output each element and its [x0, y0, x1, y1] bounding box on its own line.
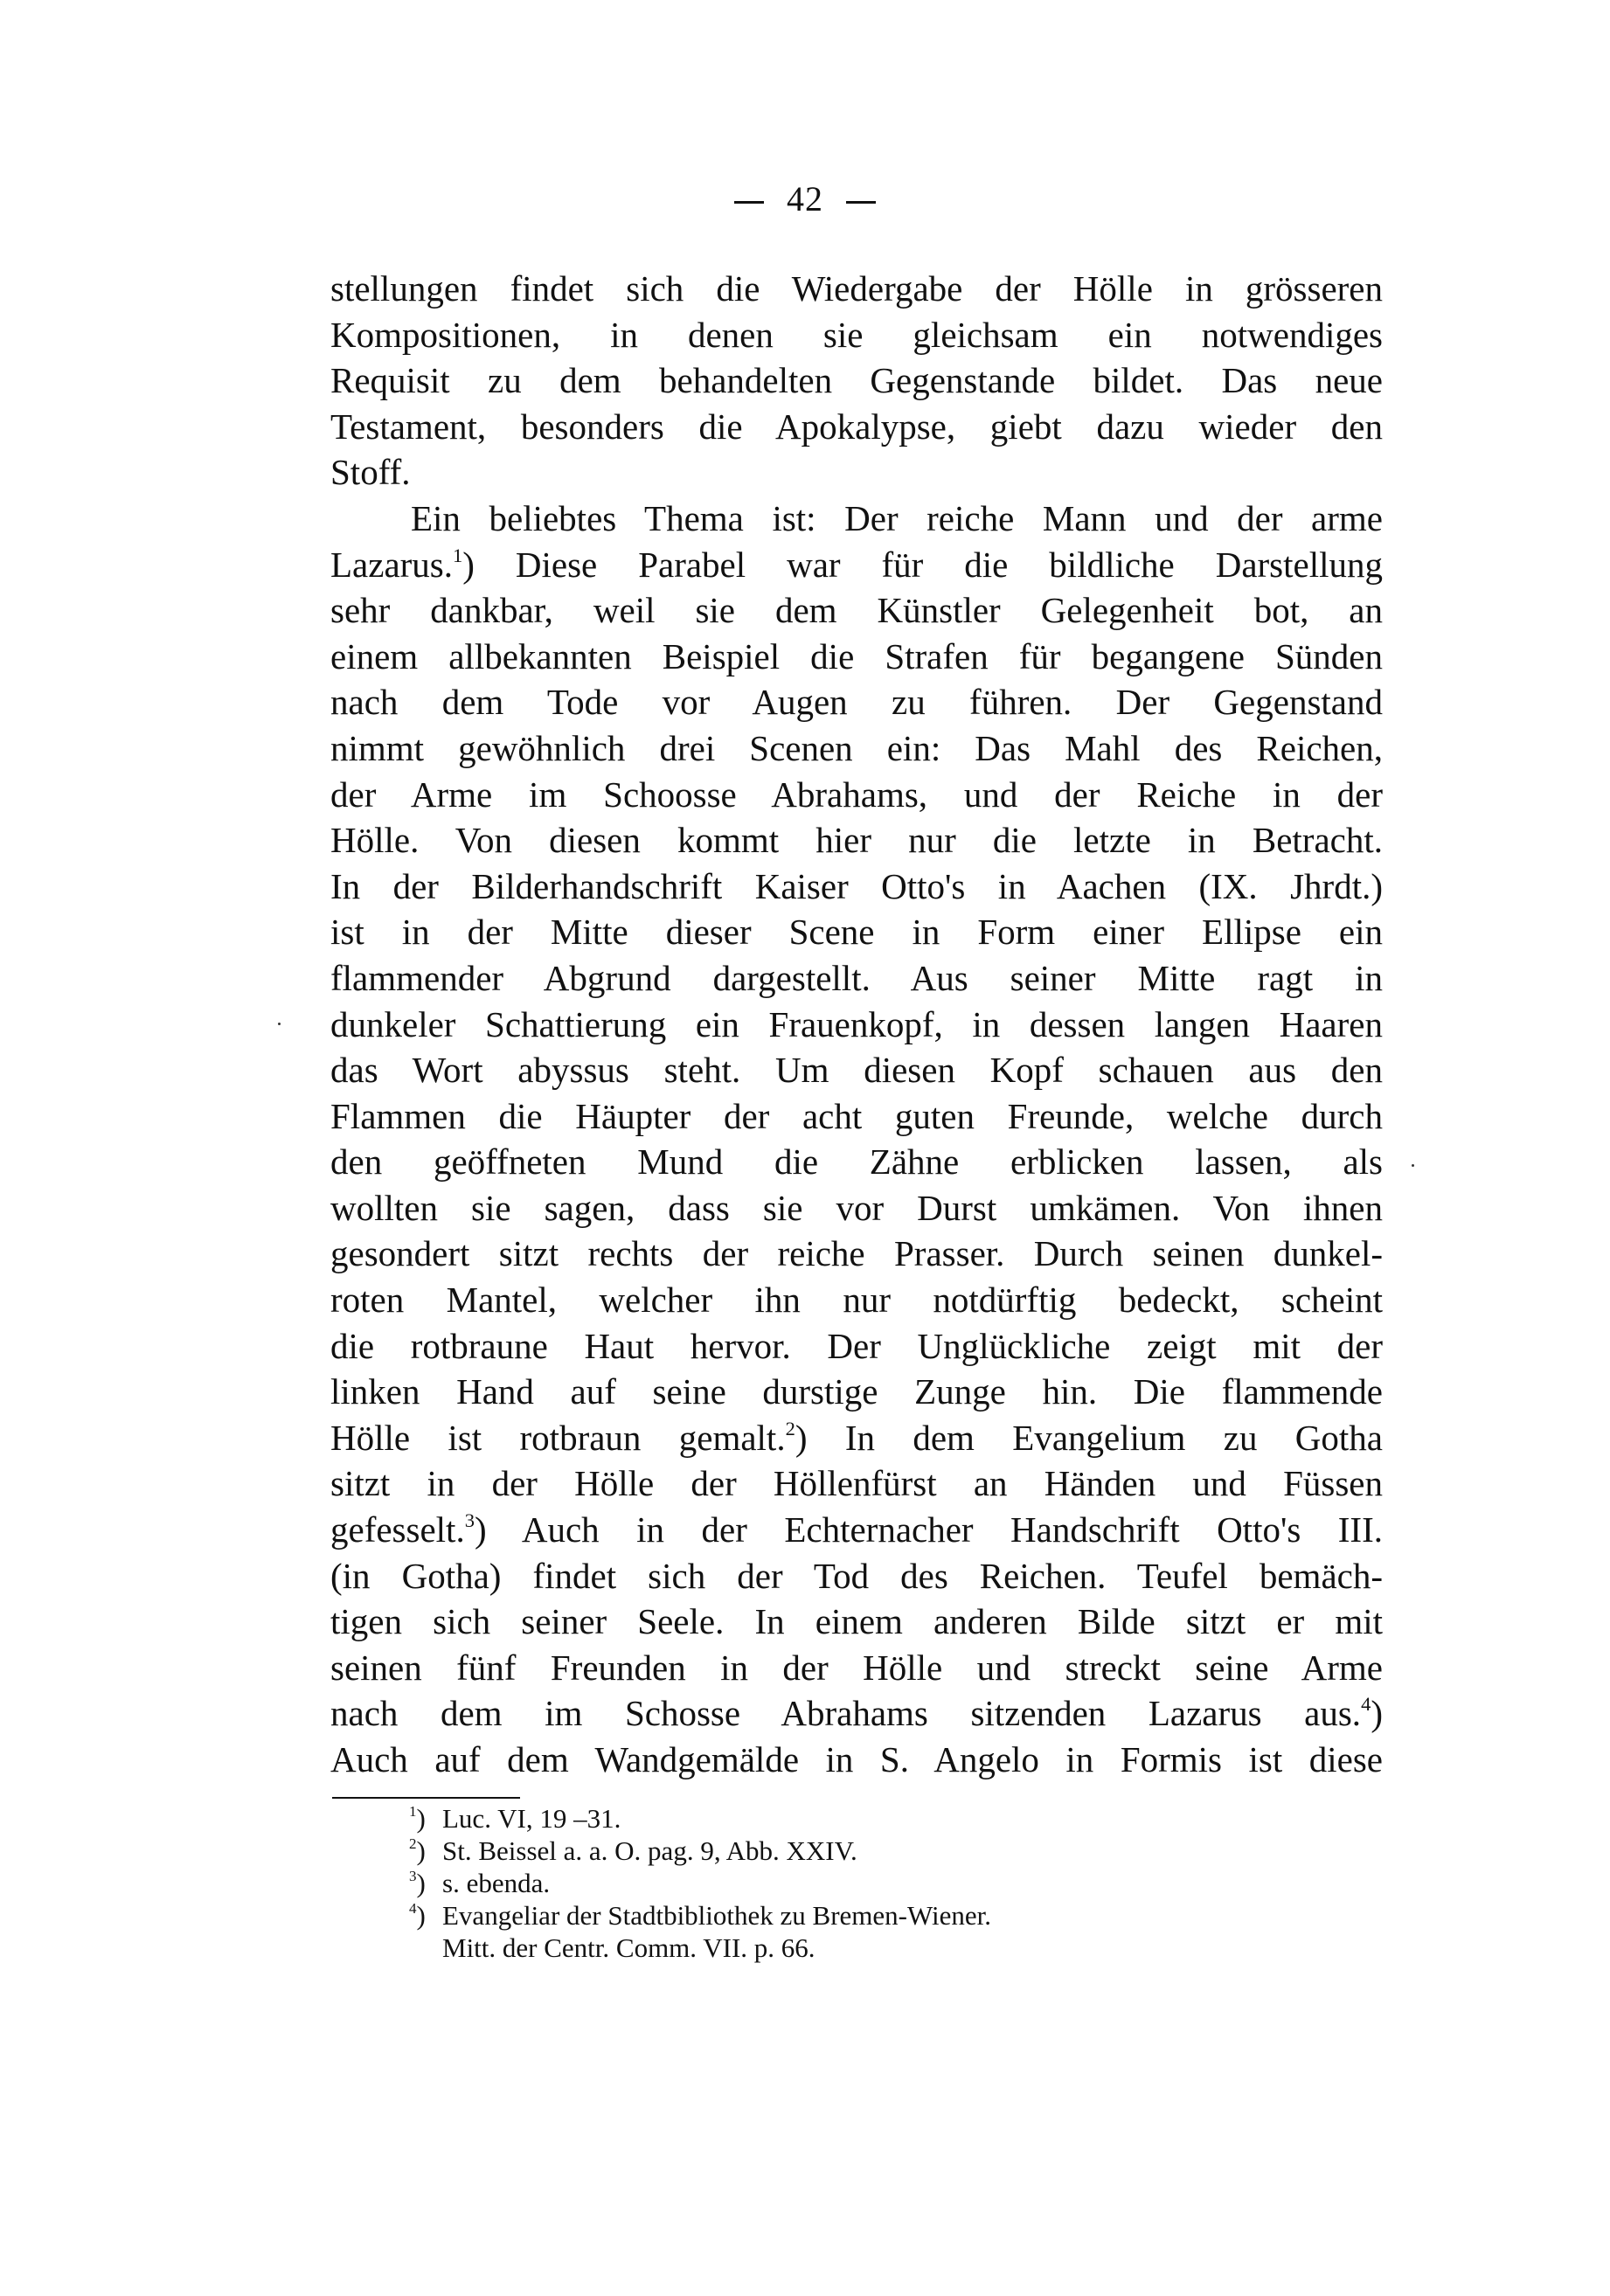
text-line: tigen sich seiner Seele. In einem andere…: [330, 1599, 1383, 1645]
text-line: sitzt in der Hölle der Höllenfürst an Hä…: [330, 1460, 1383, 1507]
text-line: gefesselt.3) Auch in der Echternacher Ha…: [330, 1507, 1383, 1553]
footnote-text: Evangeliar der Stadtbibliothek zu Bremen…: [442, 1900, 991, 1931]
footnote-marker: 3: [409, 1868, 417, 1884]
text-line: Testament, besonders die Apokalypse, gie…: [330, 404, 1383, 450]
footnote-ref-1[interactable]: 1: [453, 545, 462, 566]
footnote-marker: 4: [409, 1900, 417, 1917]
page-number-dash-right: [846, 201, 876, 204]
scan-speck: [278, 1023, 281, 1025]
text-line: sehr dankbar, weil sie dem Künstler Gele…: [330, 587, 1383, 634]
text-line: nimmt gewöhnlich drei Scenen ein: Das Ma…: [330, 725, 1383, 772]
text-line: den geöffneten Mund die Zähne erblicken …: [330, 1139, 1383, 1185]
text-line: Lazarus.1) Diese Parabel war für die bil…: [330, 542, 1383, 588]
body-text: stellungen findet sich die Wiedergabe de…: [330, 266, 1383, 1783]
footnote-ref-4[interactable]: 4: [1361, 1694, 1371, 1716]
footnote-ref-3[interactable]: 3: [465, 1509, 475, 1531]
text-line: ist in der Mitte dieser Scene in Form ei…: [330, 909, 1383, 955]
text-line: (in Gotha) findet sich der Tod des Reich…: [330, 1553, 1383, 1599]
footnote-text: St. Beissel a. a. O. pag. 9, Abb. XXIV.: [442, 1835, 857, 1866]
text-line: Kompositionen, in denen sie gleichsam ei…: [330, 312, 1383, 358]
footnote-1: 1)Luc. VI, 19 –31.: [409, 1802, 1196, 1835]
text-line: Hölle ist rotbraun gemalt.2) In dem Evan…: [330, 1415, 1383, 1461]
text-line: nach dem Tode vor Augen zu führen. Der G…: [330, 679, 1383, 725]
scan-speck: [1412, 1164, 1414, 1167]
text-line: flammender Abgrund dargestellt. Aus sein…: [330, 955, 1383, 1002]
footnote-text: Luc. VI, 19 –31.: [442, 1803, 621, 1834]
text-line: Stoff.: [330, 449, 1383, 496]
text-line: einem allbekannten Beispiel die Strafen …: [330, 634, 1383, 680]
page-number: 42: [0, 177, 1610, 221]
text-line: Hölle. Von diesen kommt hier nur die let…: [330, 817, 1383, 864]
text-line: nach dem im Schosse Abrahams sitzenden L…: [330, 1690, 1383, 1737]
text-line: Flammen die Häupter der acht guten Freun…: [330, 1093, 1383, 1140]
text-line: gesondert sitzt rechts der reiche Prasse…: [330, 1231, 1383, 1277]
text-line: In der Bilderhandschrift Kaiser Otto's i…: [330, 864, 1383, 910]
text-line: roten Mantel, welcher ihn nur notdürftig…: [330, 1277, 1383, 1323]
footnote-4: 4)Evangeliar der Stadtbibliothek zu Brem…: [409, 1899, 1196, 1932]
text-line: Auch auf dem Wandgemälde in S. Angelo in…: [330, 1737, 1383, 1783]
footnote-marker: 1: [409, 1803, 417, 1820]
text-line: wollten sie sagen, dass sie vor Durst um…: [330, 1185, 1383, 1231]
text-line: Requisit zu dem behandelten Gegenstande …: [330, 357, 1383, 404]
paragraph-start-line: Ein beliebtes Thema ist: Der reiche Mann…: [330, 496, 1383, 542]
footnote-2: 2)St. Beissel a. a. O. pag. 9, Abb. XXIV…: [409, 1835, 1196, 1867]
text-line: der Arme im Schoosse Abrahams, und der R…: [330, 772, 1383, 818]
text-line: die rotbraune Haut hervor. Der Unglückli…: [330, 1323, 1383, 1370]
text-line: seinen fünf Freunden in der Hölle und st…: [330, 1645, 1383, 1691]
page-number-value: 42: [787, 179, 823, 219]
footnote-3: 3)s. ebenda.: [409, 1867, 1196, 1899]
footnotes: 1)Luc. VI, 19 –31. 2)St. Beissel a. a. O…: [409, 1802, 1196, 1964]
text-line: linken Hand auf seine durstige Zunge hin…: [330, 1369, 1383, 1415]
footnote-separator: [332, 1797, 520, 1799]
footnote-text: s. ebenda.: [442, 1868, 550, 1898]
text-line: dunkeler Schattierung ein Frauenkopf, in…: [330, 1002, 1383, 1048]
page-number-dash-left: [734, 201, 764, 204]
text-line: stellungen findet sich die Wiedergabe de…: [330, 266, 1383, 312]
footnote-4-continuation: Mitt. der Centr. Comm. VII. p. 66.: [409, 1932, 1196, 1964]
text-line: das Wort abyssus steht. Um diesen Kopf s…: [330, 1047, 1383, 1093]
footnote-marker: 2: [409, 1835, 417, 1852]
footnote-ref-2[interactable]: 2: [786, 1418, 795, 1439]
